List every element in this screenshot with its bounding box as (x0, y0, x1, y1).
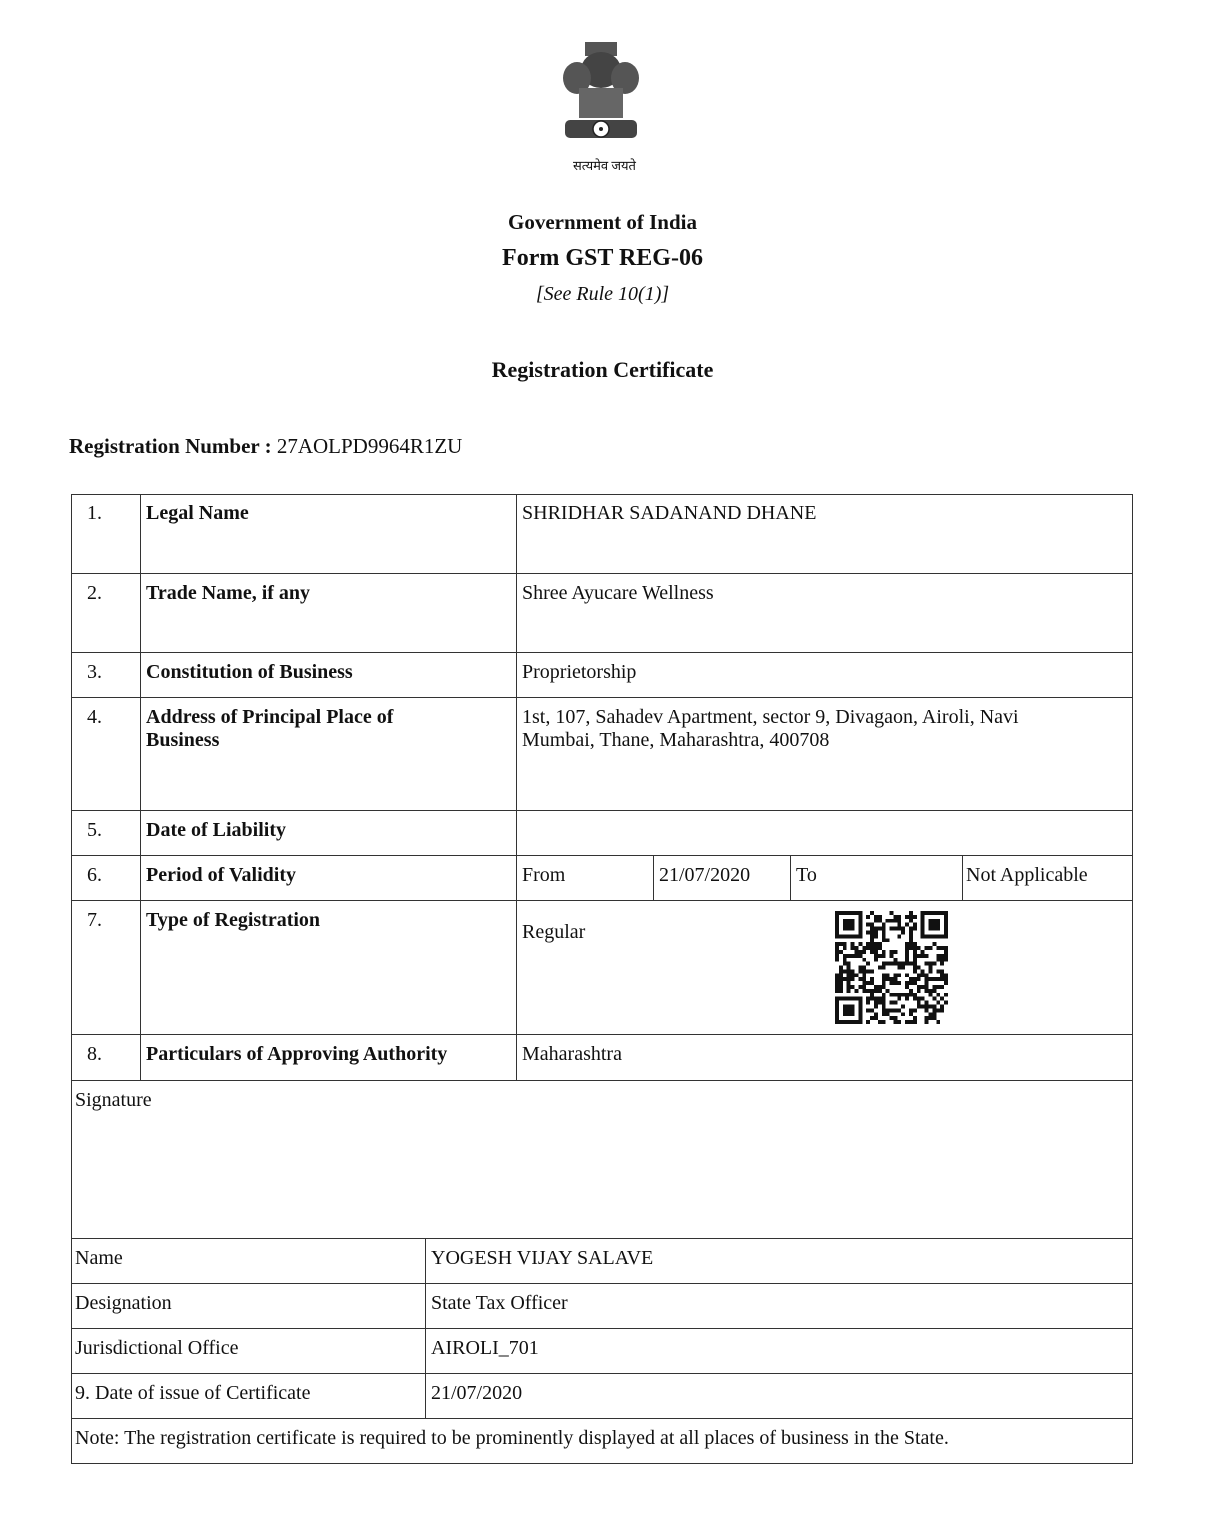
signature-label: Signature (75, 1089, 152, 1111)
row-label-type-of-registration: Type of Registration (140, 900, 516, 1034)
legal-name-value: SHRIDHAR SADANAND DHANE (516, 494, 1133, 573)
row-number: 6. (71, 855, 140, 900)
signature-area: Signature (71, 1080, 1133, 1238)
type-of-registration-cell: Regular (516, 900, 1133, 1034)
registration-number-value: 27AOLPD9964R1ZU (277, 434, 463, 458)
jurisdictional-office-label: Jurisdictional Office (71, 1328, 425, 1373)
type-of-registration-value: Regular (522, 921, 585, 943)
validity-to-label: To (790, 855, 962, 900)
address-value: 1st, 107, Sahadev Apartment, sector 9, D… (516, 697, 1133, 810)
row-number: 4. (71, 697, 140, 810)
motto: सत्यमेव जयते (0, 156, 1209, 174)
row-number: 5. (71, 810, 140, 855)
certificate-title: Registration Certificate (0, 357, 1205, 383)
registration-number: Registration Number : 27AOLPD9964R1ZU (69, 434, 462, 459)
row-label-trade-name: Trade Name, if any (140, 573, 516, 652)
row-label-legal-name: Legal Name (140, 494, 516, 573)
rule-reference: [See Rule 10(1)] (0, 283, 1205, 306)
row-number: 1. (71, 494, 140, 573)
trade-name-value: Shree Ayucare Wellness (516, 573, 1133, 652)
row-number: 8. (71, 1034, 140, 1080)
form-title: Form GST REG-06 (0, 245, 1205, 272)
national-emblem-icon (555, 36, 647, 144)
designation-label: Designation (71, 1283, 425, 1328)
row-number: 7. (71, 900, 140, 1034)
constitution-value: Proprietorship (516, 652, 1133, 697)
row-label-address: Address of Principal Place of Business (140, 697, 516, 810)
row-number: 3. (71, 652, 140, 697)
qr-code-icon (835, 911, 948, 1024)
row-label-constitution: Constitution of Business (140, 652, 516, 697)
jurisdictional-office-value: AIROLI_701 (425, 1328, 1133, 1373)
approving-authority-value: Maharashtra (516, 1034, 1133, 1080)
date-of-issue-label: 9. Date of issue of Certificate (71, 1373, 425, 1418)
row-label-date-of-liability: Date of Liability (140, 810, 516, 855)
row-label-period-of-validity: Period of Validity (140, 855, 516, 900)
signatory-name-value: YOGESH VIJAY SALAVE (425, 1238, 1133, 1283)
validity-from-value: 21/07/2020 (653, 855, 790, 900)
government-title: Government of India (0, 210, 1205, 235)
signatory-name-label: Name (71, 1238, 425, 1283)
display-note: Note: The registration certificate is re… (71, 1418, 1133, 1464)
date-of-liability-value (516, 810, 1133, 855)
registration-number-label: Registration Number : (69, 434, 272, 458)
validity-from-label: From (516, 855, 653, 900)
row-number: 2. (71, 573, 140, 652)
validity-to-value: Not Applicable (962, 855, 1133, 900)
date-of-issue-value: 21/07/2020 (425, 1373, 1133, 1418)
row-label-approving-authority: Particulars of Approving Authority (140, 1034, 516, 1080)
designation-value: State Tax Officer (425, 1283, 1133, 1328)
